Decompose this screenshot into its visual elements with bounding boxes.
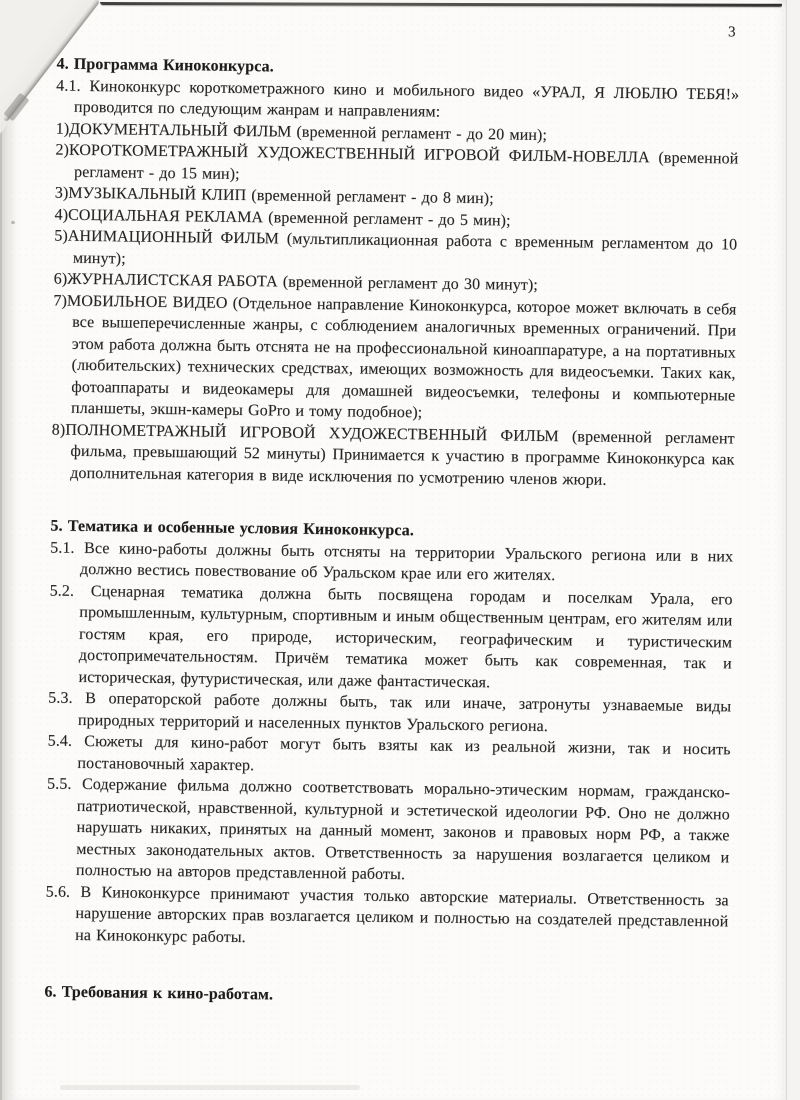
clause-number: 5.5. xyxy=(47,775,72,792)
section-heading: 6. Требования к кино-работам. xyxy=(44,981,727,1011)
genre-item-number: 6) xyxy=(54,271,68,288)
clause-text: Сюжеты для кино-работ могут быть взяты к… xyxy=(77,733,730,774)
clause-number: 5.4. xyxy=(48,732,73,749)
genre-item-number: 4) xyxy=(54,206,68,223)
document-section: 4. Программа Киноконкурса.4.1. Киноконку… xyxy=(51,54,740,493)
clause-number: 4.1. xyxy=(56,77,81,94)
clause-paragraph: 5.2. Сценарная тематика должна быть посв… xyxy=(48,580,732,696)
clause-number: 5.1. xyxy=(50,539,75,556)
clause-number: 5.6. xyxy=(46,883,71,900)
clause-text: В операторской работе должны быть, так и… xyxy=(78,690,731,735)
document-section: 6. Требования к кино-работам. xyxy=(44,981,727,1011)
clause-text: Содержание фильма должно соответствовать… xyxy=(76,776,730,883)
scanned-text-layer: 3 4. Программа Киноконкурса.4.1. Кинокон… xyxy=(0,0,786,1100)
genre-item-text: КОРОТКОМЕТРАЖНЫЙ ХУДОЖЕСТВЕННЫЙ ИГРОВОЙ … xyxy=(69,142,739,183)
genre-item-text: ЖУРНАЛИСТСКАЯ РАБОТА (временной регламен… xyxy=(67,271,538,294)
genre-item-text: МОБИЛЬНОЕ ВИДЕО (Отдельное направление К… xyxy=(67,292,737,421)
clause-paragraph: 5.6. В Киноконкурсе принимают участия то… xyxy=(45,881,729,954)
genre-item-number: 8) xyxy=(52,421,66,438)
genre-item-number: 1) xyxy=(56,120,70,137)
genre-item-number: 5) xyxy=(54,228,68,245)
genre-item-text: АНИМАЦИОННЫЙ ФИЛЬМ (мультипликационная р… xyxy=(68,228,738,267)
genre-item-text: СОЦИАЛЬНАЯ РЕКЛАМА (временной регламент … xyxy=(68,206,511,229)
genre-item-text: ПОЛНОМЕТРАЖНЫЙ ИГРОВОЙ ХУДОЖЕСТВЕННЫЙ ФИ… xyxy=(65,421,735,488)
scanner-bed-right-edge xyxy=(786,0,800,1100)
genre-item-number: 2) xyxy=(55,142,69,159)
document-content: 4. Программа Киноконкурса.4.1. Киноконку… xyxy=(44,54,739,1012)
clause-paragraph: 5.5. Содержание фильма должно соответств… xyxy=(46,773,730,889)
clause-text: В Киноконкурсе принимают участия только … xyxy=(75,883,729,945)
genre-item-number: 7) xyxy=(53,292,67,309)
genre-list-item: 7)МОБИЛЬНОЕ ВИДЕО (Отдельное направление… xyxy=(52,290,737,428)
genre-item-text: МУЗЫКАЛЬНЫЙ КЛИП (временной регламент - … xyxy=(68,185,494,208)
document-section: 5. Тематика и особенные условия Киноконк… xyxy=(45,515,734,954)
genre-list-item: 8)ПОЛНОМЕТРАЖНЫЙ ИГРОВОЙ ХУДОЖЕСТВЕННЫЙ … xyxy=(51,419,735,492)
clause-number: 5.2. xyxy=(50,582,75,599)
clause-text: Сценарная тематика должна быть посвящена… xyxy=(78,583,732,691)
clause-text: Все кино-работы должны быть отсняты на т… xyxy=(80,539,733,584)
genre-item-number: 3) xyxy=(55,185,69,202)
page-number: 3 xyxy=(728,24,736,41)
clause-text: Киноконкурс короткометражного кино и моб… xyxy=(74,77,739,120)
clause-number: 5.3. xyxy=(48,689,73,706)
